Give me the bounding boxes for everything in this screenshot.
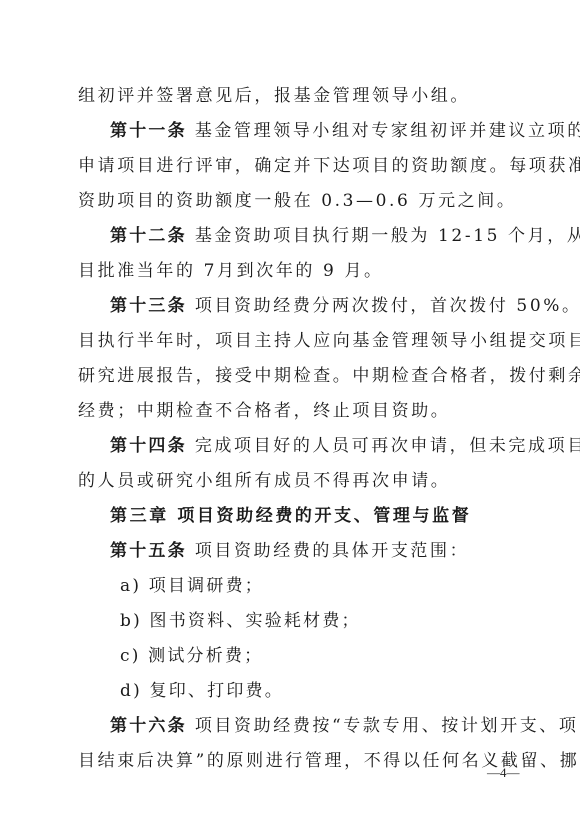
article-heading: 第十三条 — [110, 296, 187, 316]
line-text: 研究进展报告，接受中期检查。中期检查合格者，拨付剩余 — [78, 366, 580, 386]
article-13: 第十三条 项目资助经费分两次拨付，首次拨付 50%。项 — [78, 296, 500, 316]
article-heading: 第十六条 — [110, 716, 187, 736]
list-text: b) 图书资料、实验耗材费； — [120, 611, 361, 631]
article-15: 第十五条 项目资助经费的具体开支范围： — [78, 541, 500, 561]
list-text: a) 项目调研费； — [120, 576, 264, 596]
document-page: 组初评并签署意见后，报基金管理领导小组。 第十一条 基金管理领导小组对专家组初评… — [78, 86, 500, 786]
line-text: 组初评并签署意见后，报基金管理领导小组。 — [78, 86, 470, 106]
line-text: 项目资助经费分两次拨付，首次拨付 50%。项 — [187, 296, 580, 316]
line-text: 申请项目进行评审，确定并下达项目的资助额度。每项获准 — [78, 156, 580, 176]
article-heading: 第十一条 — [110, 121, 187, 141]
line-text: 完成项目好的人员可再次申请，但未完成项目 — [187, 436, 580, 456]
chapter-3-heading: 第三章 项目资助经费的开支、管理与监督 — [78, 506, 500, 526]
line-text: 的人员或研究小组所有成员不得再次申请。 — [78, 471, 450, 491]
paragraph-line: 目批准当年的 7月到次年的 9 月。 — [78, 261, 500, 281]
paragraph-line: 目结束后决算”的原则进行管理，不得以任何名义截留、挪 — [78, 751, 500, 771]
article-12: 第十二条 基金资助项目执行期一般为 12-15 个月，从项 — [78, 226, 500, 246]
paragraph-line: 目执行半年时，项目主持人应向基金管理领导小组提交项目 — [78, 331, 500, 351]
paragraph-line: 的人员或研究小组所有成员不得再次申请。 — [78, 471, 500, 491]
list-item-d: d) 复印、打印费。 — [78, 681, 500, 701]
article-16: 第十六条 项目资助经费按“专款专用、按计划开支、项 — [78, 716, 500, 736]
line-text: 基金管理领导小组对专家组初评并建议立项的 — [187, 121, 580, 141]
paragraph-line: 经费；中期检查不合格者，终止项目资助。 — [78, 401, 500, 421]
page-number: —4— — [487, 765, 520, 781]
article-heading: 第十四条 — [110, 436, 187, 456]
paragraph-line: 申请项目进行评审，确定并下达项目的资助额度。每项获准 — [78, 156, 500, 176]
article-heading: 第十五条 — [110, 541, 187, 561]
paragraph-line: 组初评并签署意见后，报基金管理领导小组。 — [78, 86, 500, 106]
paragraph-line: 研究进展报告，接受中期检查。中期检查合格者，拨付剩余 — [78, 366, 500, 386]
list-text: d) 复印、打印费。 — [120, 681, 284, 701]
list-item-a: a) 项目调研费； — [78, 576, 500, 596]
article-14: 第十四条 完成项目好的人员可再次申请，但未完成项目 — [78, 436, 500, 456]
list-item-b: b) 图书资料、实验耗材费； — [78, 611, 500, 631]
line-text: 资助项目的资助额度一般在 0.3—0.6 万元之间。 — [78, 191, 516, 211]
line-text: 经费；中期检查不合格者，终止项目资助。 — [78, 401, 450, 421]
list-item-c: c) 测试分析费； — [78, 646, 500, 666]
line-text: 目批准当年的 7月到次年的 9 月。 — [78, 261, 384, 281]
line-text: 项目资助经费的具体开支范围： — [187, 541, 469, 561]
list-text: c) 测试分析费； — [120, 646, 263, 666]
line-text: 基金资助项目执行期一般为 12-15 个月，从项 — [187, 226, 580, 246]
article-heading: 第十二条 — [110, 226, 187, 246]
line-text: 目执行半年时，项目主持人应向基金管理领导小组提交项目 — [78, 331, 580, 351]
chapter-title: 第三章 项目资助经费的开支、管理与监督 — [110, 506, 471, 526]
paragraph-line: 资助项目的资助额度一般在 0.3—0.6 万元之间。 — [78, 191, 500, 211]
line-text: 项目资助经费按“专款专用、按计划开支、项 — [187, 716, 579, 736]
article-11: 第十一条 基金管理领导小组对专家组初评并建议立项的 — [78, 121, 500, 141]
